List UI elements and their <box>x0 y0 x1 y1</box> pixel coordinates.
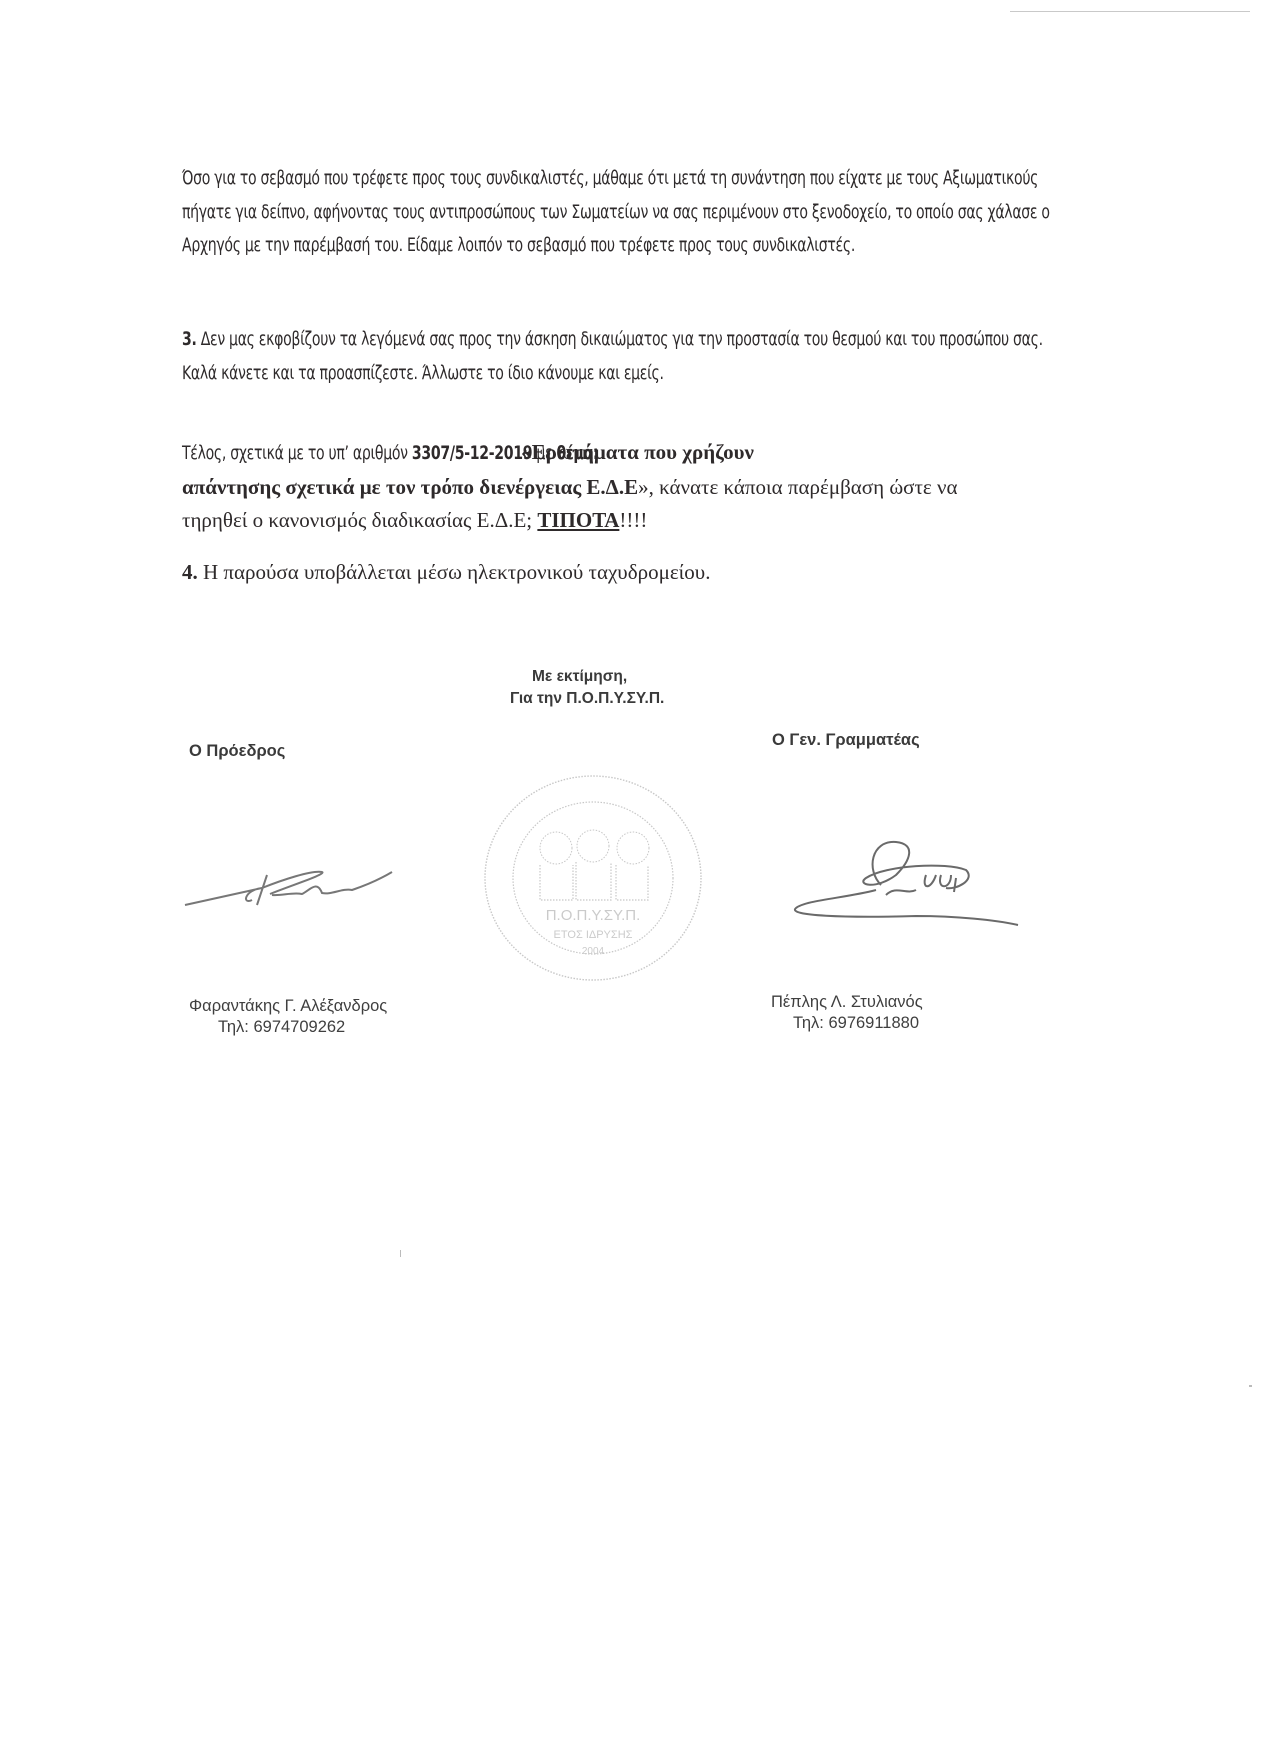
subject-line-2: απάντησης σχετικά με τον τρόπο διενέργει… <box>182 475 638 499</box>
paragraph-text: Δεν μας εκφοβίζουν τα λεγόμενά σας προς … <box>182 329 1043 384</box>
point-number: 4. <box>182 560 198 584</box>
point-number: 3. <box>182 329 197 350</box>
emphasis-word: ΤΙΠΟΤΑ <box>537 508 619 532</box>
role-president: Ο Πρόεδρος <box>189 742 285 761</box>
stamp-year: 2004 <box>582 946 605 957</box>
reference-line-3: τηρηθεί ο κανονισμός διαδικασίας Ε.Δ.Ε; … <box>182 504 1082 538</box>
exclamation: !!!! <box>619 508 647 532</box>
reference-line-3-text: τηρηθεί ο κανονισμός διαδικασίας Ε.Δ.Ε; <box>182 508 537 532</box>
subject-label: θέμα: <box>557 443 599 464</box>
scan-speck <box>1249 1385 1252 1387</box>
organization-stamp: Π.Ο.Π.Υ.ΣΥ.Π. ΕΤΟΣ ΙΔΡΥΣΗΣ 2004 <box>478 770 708 985</box>
president-signature <box>182 860 402 920</box>
paragraph-point-4: 4. Η παρούσα υποβάλλεται μέσω ηλεκτρονικ… <box>182 556 1082 590</box>
reference-mid: με <box>532 443 556 464</box>
president-phone: Τηλ: 6974709262 <box>218 1017 345 1038</box>
scan-speck <box>400 1250 401 1257</box>
scan-edge-line <box>1010 11 1250 12</box>
paragraph-text: Η παρούσα υποβάλλεται μέσω ηλεκτρονικού … <box>198 560 711 584</box>
stamp-founded: ΕΤΟΣ ΙΔΡΥΣΗΣ <box>554 929 633 941</box>
closing-regards: Με εκτίμηση, <box>532 668 627 686</box>
paragraph-text: Όσο για το σεβασμό που τρέφετε προς τους… <box>182 168 1050 256</box>
paragraph-point-3: 3. Δεν μας εκφοβίζουν τα λεγόμενά σας πρ… <box>182 323 1082 390</box>
secretary-phone: Τηλ: 6976911880 <box>793 1013 919 1034</box>
paragraph-reference: Τέλος, σχετικά με το υπ’ αριθμόν 3307/5-… <box>182 436 1082 538</box>
after-subject: », κάνατε κάποια παρέμβαση ώστε να <box>638 475 957 499</box>
reference-intro: Τέλος, σχετικά με το υπ’ αριθμόν <box>182 443 412 464</box>
secretary-name: Πέπλης Λ. Στυλιανός <box>771 992 923 1013</box>
president-name: Φαραντάκης Γ. Αλέξανδρος <box>189 996 387 1017</box>
role-general-secretary: Ο Γεν. Γραμματέας <box>772 731 920 750</box>
paragraph-respect: Όσο για το σεβασμό που τρέφετε προς τους… <box>182 162 1082 263</box>
reference-line-2: απάντησης σχετικά με τον τρόπο διενέργει… <box>182 471 1082 505</box>
reference-intro-group: Τέλος, σχετικά με το υπ’ αριθμόν 3307/5-… <box>182 437 598 471</box>
secretary-signature <box>786 830 1036 930</box>
closing-organization: Για την Π.Ο.Π.Υ.ΣΥ.Π. <box>510 690 664 708</box>
stamp-abbrev: Π.Ο.Π.Υ.ΣΥ.Π. <box>546 907 641 924</box>
reference-line-1: Τέλος, σχετικά με το υπ’ αριθμόν 3307/5-… <box>182 436 1082 471</box>
reference-number: 3307/5-12-2019 <box>412 443 532 464</box>
